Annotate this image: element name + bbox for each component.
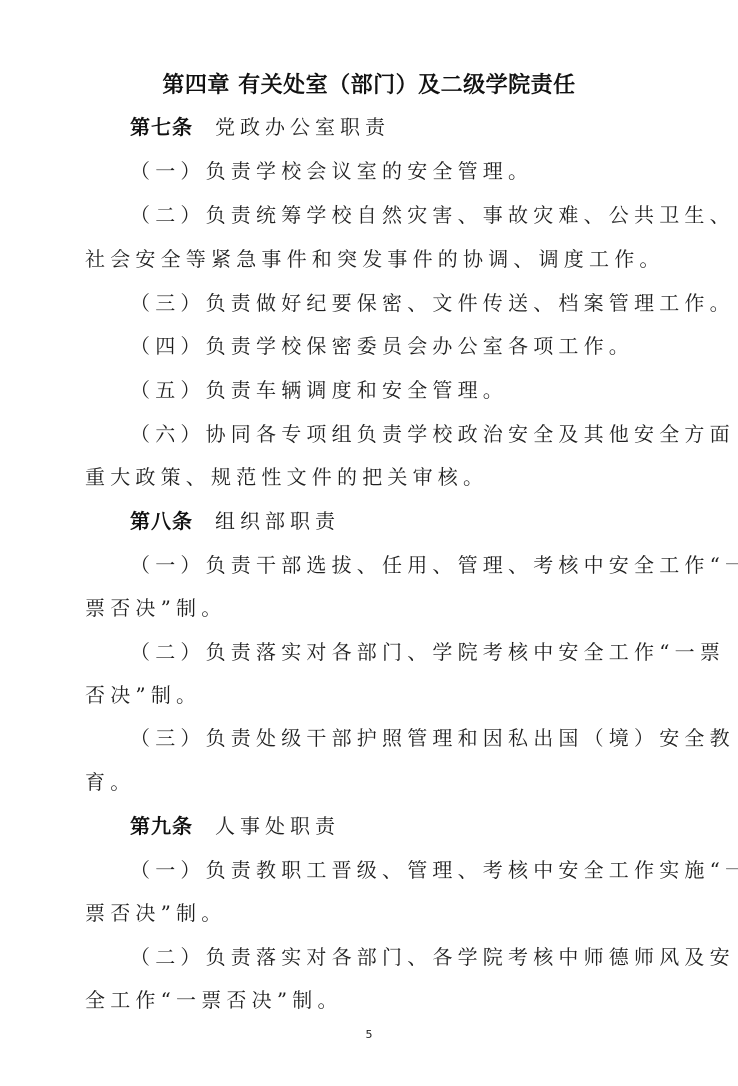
paragraph-line: （二）负责落实对各部门、学院考核中安全工作“一票 — [130, 638, 725, 666]
article-heading-8: 第八条组织部职责 — [130, 507, 340, 535]
article-title: 组织部职责 — [215, 509, 340, 533]
article-number: 第七条 — [130, 115, 193, 139]
article-title: 党政办公室职责 — [215, 115, 390, 139]
paragraph-line: 全工作“一票否决”制。 — [85, 986, 343, 1014]
article-heading-9: 第九条人事处职责 — [130, 812, 340, 840]
paragraph-line: （五）负责车辆调度和安全管理。 — [130, 376, 508, 404]
chapter-title: 第四章 有关处室（部门）及二级学院责任 — [0, 68, 738, 99]
paragraph-line: （二）负责落实对各部门、各学院考核中师德师风及安 — [130, 943, 735, 971]
paragraph-line: （一）负责学校会议室的安全管理。 — [130, 157, 533, 185]
paragraph-line: （一）负责干部选拔、任用、管理、考核中安全工作“一 — [130, 551, 738, 579]
paragraph-line: （三）负责做好纪要保密、文件传送、档案管理工作。 — [130, 289, 735, 317]
article-number: 第九条 — [130, 814, 193, 838]
paragraph-line: 重大政策、规范性文件的把关审核。 — [85, 463, 488, 491]
paragraph-line: 育。 — [85, 768, 135, 796]
paragraph-line: 票否决”制。 — [85, 594, 226, 622]
page-number: 5 — [0, 1028, 738, 1041]
document-page: 第四章 有关处室（部门）及二级学院责任 第七条党政办公室职责 （一）负责学校会议… — [0, 0, 738, 1086]
paragraph-line: 社会安全等紧急事件和突发事件的协调、调度工作。 — [85, 245, 665, 273]
article-number: 第八条 — [130, 509, 193, 533]
paragraph-line: （二）负责统筹学校自然灾害、事故灾难、公共卫生、 — [130, 201, 735, 229]
paragraph-line: （一）负责教职工晋级、管理、考核中安全工作实施“一 — [130, 856, 738, 884]
paragraph-line: 票否决”制。 — [85, 899, 226, 927]
paragraph-line: （四）负责学校保密委员会办公室各项工作。 — [130, 332, 634, 360]
paragraph-line: （六）协同各专项组负责学校政治安全及其他安全方面 — [130, 420, 735, 448]
paragraph-line: （三）负责处级干部护照管理和因私出国（境）安全教 — [130, 724, 735, 752]
article-title: 人事处职责 — [215, 814, 340, 838]
article-heading-7: 第七条党政办公室职责 — [130, 113, 390, 141]
paragraph-line: 否决”制。 — [85, 681, 201, 709]
